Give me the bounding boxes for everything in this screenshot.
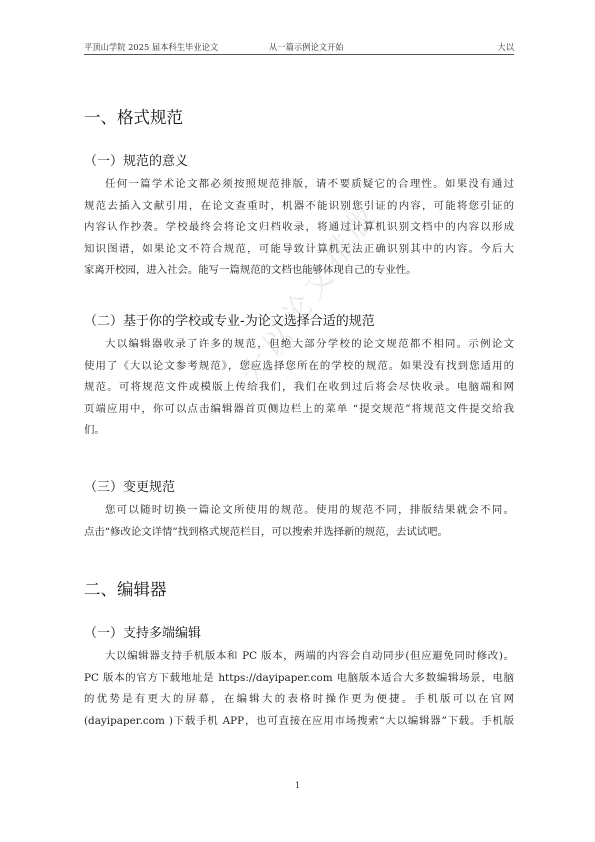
text-line: 规范去插入文献引用，在论文查重时，机器不能识别您引证的内容，可能将您引证的 [84,196,514,218]
text-line: PC 版本的官方下载地址是 https://dayipaper.com 电脑版本… [84,668,514,690]
running-header: 平顶山学院 2025 届本科生毕业论文 从一篇示例论文开始 大以 [84,40,514,55]
paragraph-1-3: 您可以随时切换一篇论文所使用的规范。使用的规范不同，排版结果就会不同。 点击“修… [84,500,514,543]
text-line: 大以编辑器收录了许多的规范，但绝大部分学校的论文规范都不相同。示例论文 [84,334,514,356]
paragraph-2-1: 大以编辑器支持手机版本和 PC 版本，两端的内容会自动同步(但应避免同时修改)。… [84,646,514,732]
text-line: (dayipaper.com )下载手机 APP，也可直接在应用市场搜索“大以编… [84,711,514,733]
document-page: 平顶山学院 2025 届本科生毕业论文 从一篇示例论文开始 大以 大以论文排版 … [0,0,595,842]
section-heading-1: 一、格式规范 [84,104,183,128]
section-heading-2: 二、编辑器 [84,576,167,600]
subsection-heading-1-2: （二）基于你的学校或专业-为论文选择合适的规范 [84,310,375,329]
text-line: 规范。可将规范文件或模版上传给我们，我们在收到过后将会尽快收录。电脑端和网 [84,377,514,399]
text-line: 的优势是有更大的屏幕，在编辑大的表格时操作更为便捷。手机版可以在官网 [84,689,514,711]
text-line: 使用了《大以论文参考规范》，您应选择您所在的学校的规范。如果没有找到您适用的 [84,356,514,378]
text-line: 点击“修改论文详情”找到格式规范栏目，可以搜索并选择新的规范，去试试吧。 [84,522,514,544]
header-school-title: 平顶山学院 2025 届本科生毕业论文 [84,41,218,53]
text-line: 知识图谱，如果论文不符合规范，可能导致计算机无法正确识别其中的内容。今后大 [84,239,514,261]
text-line: 家离开校园，进入社会。能写一篇规范的文档也能够体现自己的专业性。 [84,260,514,282]
text-line: 任何一篇学术论文都必须按照规范排版，请不要质疑它的合理性。如果没有通过 [84,174,514,196]
subsection-heading-1-3: （三）变更规范 [84,476,175,495]
text-line: 您可以随时切换一篇论文所使用的规范。使用的规范不同，排版结果就会不同。 [84,500,514,522]
paragraph-1-1: 任何一篇学术论文都必须按照规范排版，请不要质疑它的合理性。如果没有通过 规范去插… [84,174,514,282]
text-line: 们。 [84,420,514,442]
text-line: 页端应用中，你可以点击编辑器首页侧边栏上的菜单 “提交规范”将规范文件提交给我 [84,399,514,421]
page-number: 1 [0,781,595,791]
paragraph-1-2: 大以编辑器收录了许多的规范，但绝大部分学校的论文规范都不相同。示例论文 使用了《… [84,334,514,442]
subsection-heading-2-1: （一）支持多端编辑 [84,622,201,641]
header-author: 大以 [497,41,514,53]
header-paper-title: 从一篇示例论文开始 [269,41,344,53]
text-line: 内容认作抄袭。学校最终会将论文归档收录，将通过计算机识别文档中的内容以形成 [84,217,514,239]
subsection-heading-1-1: （一）规范的意义 [84,150,188,169]
text-line: 大以编辑器支持手机版本和 PC 版本，两端的内容会自动同步(但应避免同时修改)。 [84,646,514,668]
